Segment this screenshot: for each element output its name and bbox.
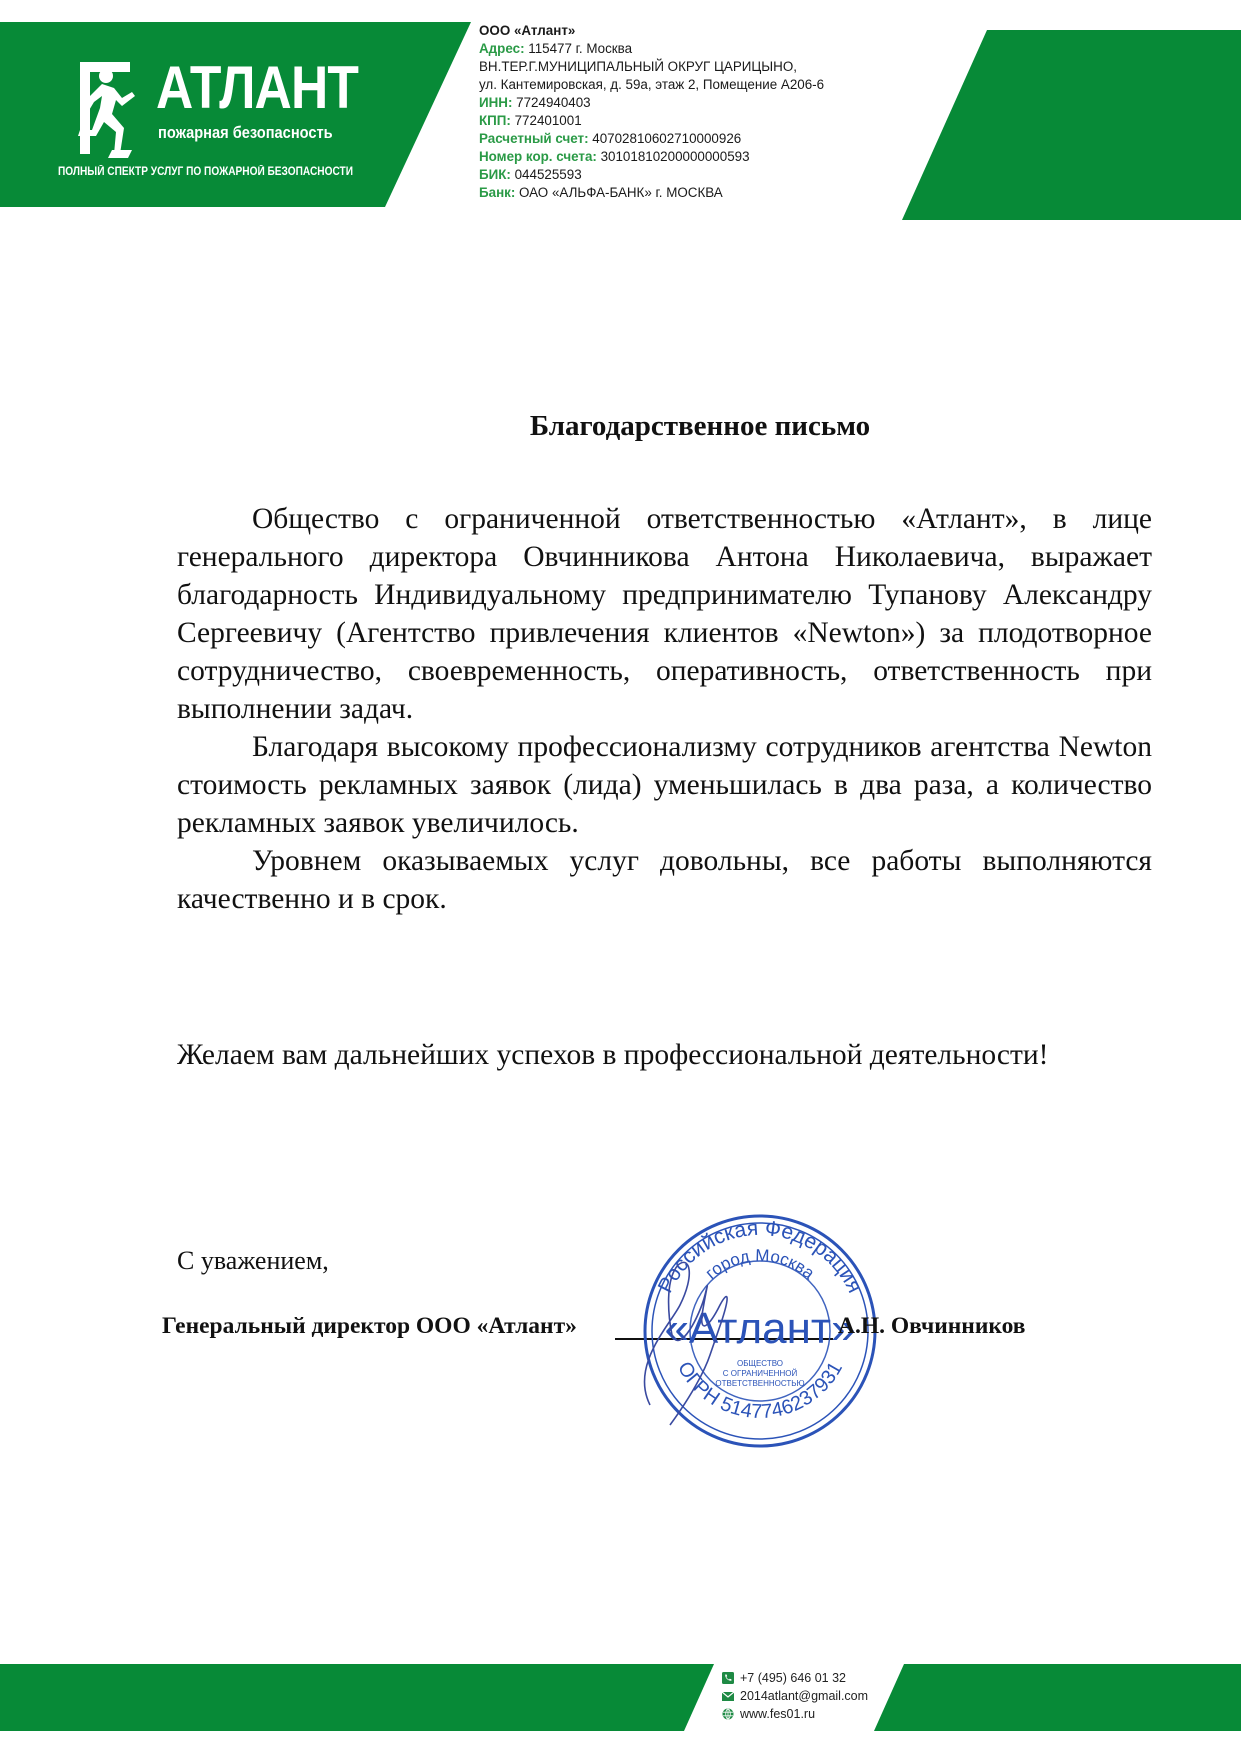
account-row: Расчетный счет: 40702810602710000926 <box>479 130 824 148</box>
signatory-position: Генеральный директор ООО «Атлант» <box>162 1313 577 1340</box>
bank-value: ОАО «АЛЬФА-БАНК» г. МОСКВА <box>515 185 722 200</box>
address-row: Адрес: 115477 г. Москва <box>479 40 824 58</box>
paragraph-2: Благодаря высокому профессионализму сотр… <box>177 728 1152 842</box>
address-line-3: ул. Кантемировская, д. 59а, этаж 2, Поме… <box>479 76 824 94</box>
address-line-2: ВН.ТЕР.Г.МУНИЦИПАЛЬНЫЙ ОКРУГ ЦАРИЦЫНО, <box>479 58 824 76</box>
kpp-label: КПП: <box>479 113 511 128</box>
kpp-row: КПП: 772401001 <box>479 112 824 130</box>
bik-label: БИК: <box>479 167 511 182</box>
corr-account-value: 30101810200000000593 <box>597 149 750 164</box>
bank-label: Банк: <box>479 185 515 200</box>
contact-phone: +7 (495) 646 01 32 <box>722 1669 868 1687</box>
footer-contacts: +7 (495) 646 01 32 2014atlant@gmail.com … <box>722 1669 868 1723</box>
letter-title: Благодарственное письмо <box>530 410 870 443</box>
stamp-org-line-2: С ОГРАНИЧЕННОЙ <box>723 1369 798 1378</box>
paragraph-3: Уровнем оказываемых услуг довольны, все … <box>177 842 1152 918</box>
logo-subtitle: пожарная безопасность <box>158 124 333 141</box>
signatory-name: А.Н. Овчинников <box>838 1313 1025 1340</box>
regards: С уважением, <box>177 1246 329 1276</box>
inn-row: ИНН: 7724940403 <box>479 94 824 112</box>
logo-tagline: ПОЛНЫЙ СПЕКТР УСЛУГ ПО ПОЖАРНОЙ БЕЗОПАСН… <box>58 166 353 178</box>
footer-green-bands <box>0 1650 1241 1740</box>
account-value: 40702810602710000926 <box>589 131 742 146</box>
bik-row: БИК: 044525593 <box>479 166 824 184</box>
running-man-exit-icon <box>70 62 142 162</box>
company-logo: АТЛАНТ пожарная безопасность <box>70 62 370 162</box>
inn-value: 7724940403 <box>512 95 590 110</box>
inn-label: ИНН: <box>479 95 512 110</box>
envelope-icon <box>722 1690 734 1702</box>
contact-website: www.fes01.ru <box>722 1705 868 1723</box>
stamp-center-text: «Атлант» <box>664 1304 855 1353</box>
globe-icon <box>722 1708 734 1720</box>
letter-title-wrap: Благодарственное письмо <box>0 410 1241 443</box>
company-name: ООО «Атлант» <box>479 22 824 40</box>
contact-email: 2014atlant@gmail.com <box>722 1687 868 1705</box>
company-requisites: ООО «Атлант» Адрес: 115477 г. Москва ВН.… <box>479 22 824 202</box>
bik-value: 044525593 <box>511 167 582 182</box>
corr-account-row: Номер кор. счета: 30101810200000000593 <box>479 148 824 166</box>
corr-account-label: Номер кор. счета: <box>479 149 597 164</box>
kpp-value: 772401001 <box>511 113 582 128</box>
address-value: 115477 г. Москва <box>525 41 633 56</box>
svg-text:город Москва: город Москва <box>702 1246 819 1283</box>
closing-wish: Желаем вам дальнейших успехов в професси… <box>177 1036 1152 1074</box>
address-label: Адрес: <box>479 41 525 56</box>
stamp-inner-text: город Москва <box>702 1246 819 1283</box>
paragraph-1: Общество с ограниченной ответственностью… <box>177 500 1152 728</box>
phone-number[interactable]: +7 (495) 646 01 32 <box>740 1671 846 1685</box>
letter-body: Общество с ограниченной ответственностью… <box>177 500 1152 918</box>
stamp-org-line-1: ОБЩЕСТВО <box>737 1359 783 1368</box>
email-address[interactable]: 2014atlant@gmail.com <box>740 1689 868 1703</box>
phone-icon <box>722 1672 734 1684</box>
stamp-org-line-3: ОТВЕТСТВЕННОСТЬЮ <box>715 1379 804 1388</box>
logo-title: АТЛАНТ <box>156 58 358 118</box>
website-link[interactable]: www.fes01.ru <box>740 1707 815 1721</box>
bank-row: Банк: ОАО «АЛЬФА-БАНК» г. МОСКВА <box>479 184 824 202</box>
account-label: Расчетный счет: <box>479 131 589 146</box>
